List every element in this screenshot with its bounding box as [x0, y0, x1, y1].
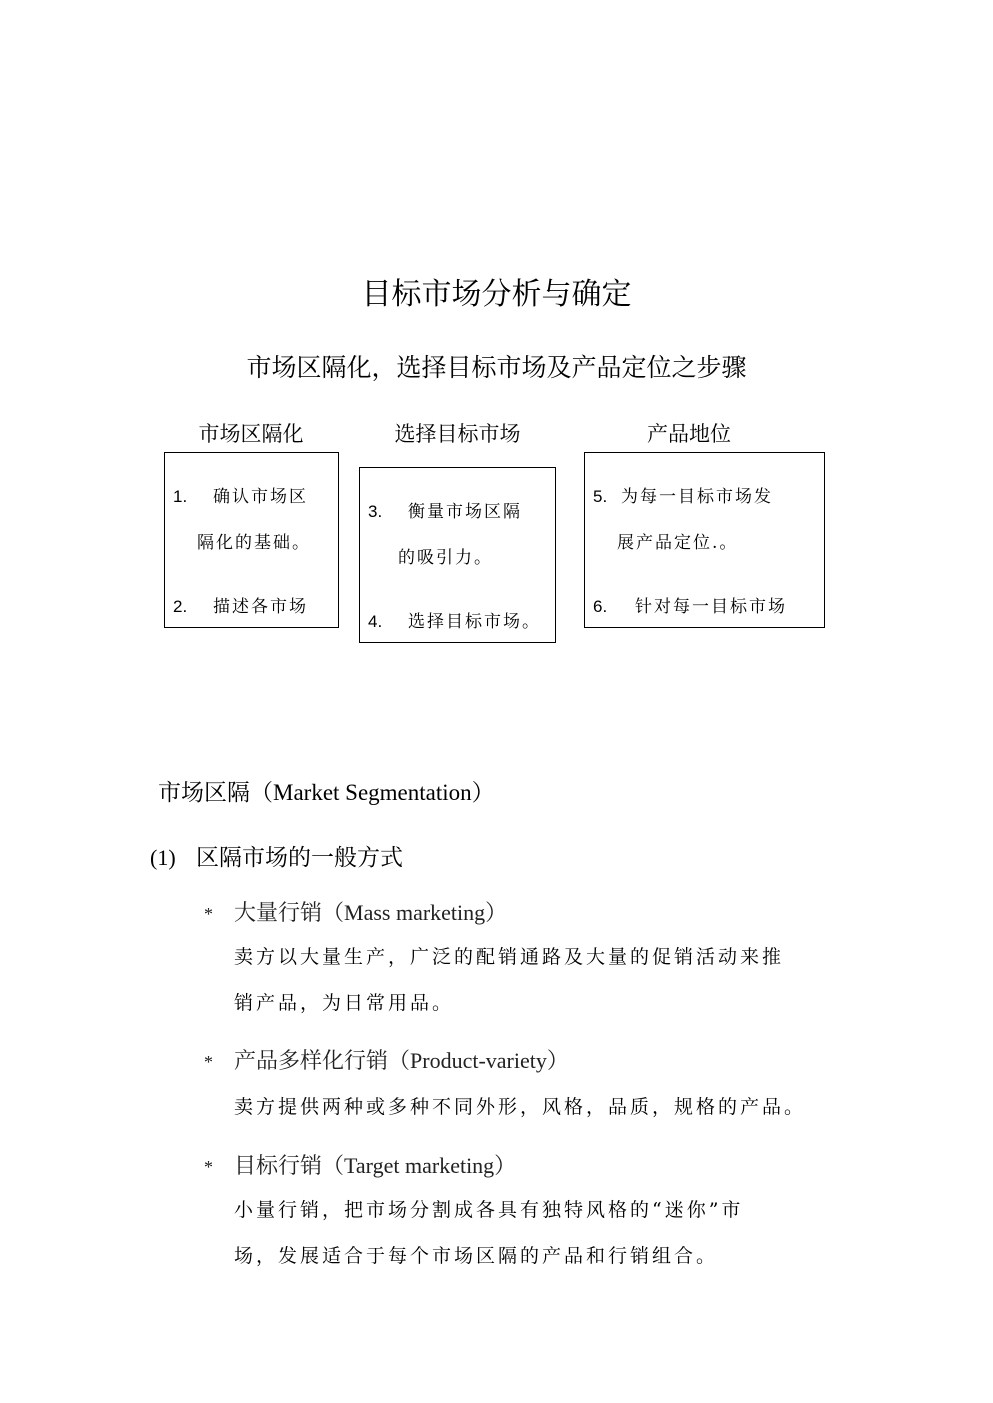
step-number: 3. [368, 500, 408, 524]
item-title-cn: 产品多样化行销 [234, 1049, 388, 1074]
step-line: 隔化的基础。 [197, 531, 311, 555]
step-line: 6.针对每一目标市场 [593, 595, 787, 619]
step-text: 选择目标市场。 [408, 612, 541, 632]
section-heading-en: （Market Segmentation） [250, 780, 495, 805]
step-text: 为每一目标市场发 [621, 487, 773, 507]
column-heading-segmentation: 市场区隔化 [164, 420, 338, 448]
step-number: 4. [368, 610, 408, 634]
step-text: 确认市场区 [213, 487, 308, 507]
subsection-number: (1) [150, 842, 196, 874]
section-heading-cn: 市场区隔 [158, 780, 250, 806]
bullet-asterisk-icon: * [204, 1047, 234, 1077]
item-heading: *目标行销（Target marketing） [204, 1151, 516, 1182]
subsection-title: 区隔市场的一般方式 [196, 845, 403, 871]
column-heading-positioning: 产品地位 [584, 420, 794, 448]
step-number: 1. [173, 485, 213, 509]
item-body-line: 销产品，为日常用品。 [234, 989, 454, 1017]
item-body-line: 场，发展适合于每个市场区隔的产品和行销组合。 [234, 1242, 718, 1270]
step-line: 4.选择目标市场。 [368, 610, 541, 634]
item-title-cn: 目标行销 [234, 1154, 322, 1179]
item-heading: *大量行销（Mass marketing） [204, 898, 507, 929]
item-heading: *产品多样化行销（Product-variety） [204, 1046, 569, 1077]
step-box-positioning: 5.为每一目标市场发 展产品定位.。 6.针对每一目标市场 [584, 452, 825, 628]
subsection-heading: (1)区隔市场的一般方式 [150, 842, 403, 874]
document-subtitle: 市场区隔化，选择目标市场及产品定位之步骤 [0, 350, 993, 386]
step-number: 2. [173, 595, 213, 619]
step-text: 针对每一目标市场 [635, 597, 787, 617]
item-title-en: （Target marketing） [322, 1153, 516, 1178]
bullet-asterisk-icon: * [204, 899, 234, 929]
step-line: 5.为每一目标市场发 [593, 485, 773, 509]
section-heading: 市场区隔（Market Segmentation） [158, 777, 495, 809]
item-title-en: （Product-variety） [388, 1048, 569, 1073]
step-box-segmentation: 1.确认市场区 隔化的基础。 2.描述各市场 [164, 452, 339, 628]
step-number: 6. [593, 595, 635, 619]
bullet-asterisk-icon: * [204, 1152, 234, 1182]
item-body-line: 小量行销，把市场分割成各具有独特风格的“迷你”市 [234, 1196, 743, 1224]
step-line: 展产品定位.。 [617, 531, 738, 555]
step-line: 3.衡量市场区隔 [368, 500, 522, 524]
item-body-line: 卖方以大量生产，广泛的配销通路及大量的促销活动来推 [234, 943, 784, 971]
item-body-line: 卖方提供两种或多种不同外形，风格，品质，规格的产品。 [234, 1093, 806, 1121]
step-box-target-market: 3.衡量市场区隔 的吸引力。 4.选择目标市场。 [359, 467, 556, 643]
step-number: 5. [593, 485, 621, 509]
item-title-en: （Mass marketing） [322, 900, 507, 925]
step-line: 2.描述各市场 [173, 595, 308, 619]
step-text: 衡量市场区隔 [408, 502, 522, 522]
step-text: 描述各市场 [213, 597, 308, 617]
document-title: 目标市场分析与确定 [0, 275, 993, 315]
item-title-cn: 大量行销 [234, 901, 322, 926]
column-heading-target-market: 选择目标市场 [359, 420, 556, 448]
step-line: 的吸引力。 [398, 546, 493, 570]
step-line: 1.确认市场区 [173, 485, 308, 509]
